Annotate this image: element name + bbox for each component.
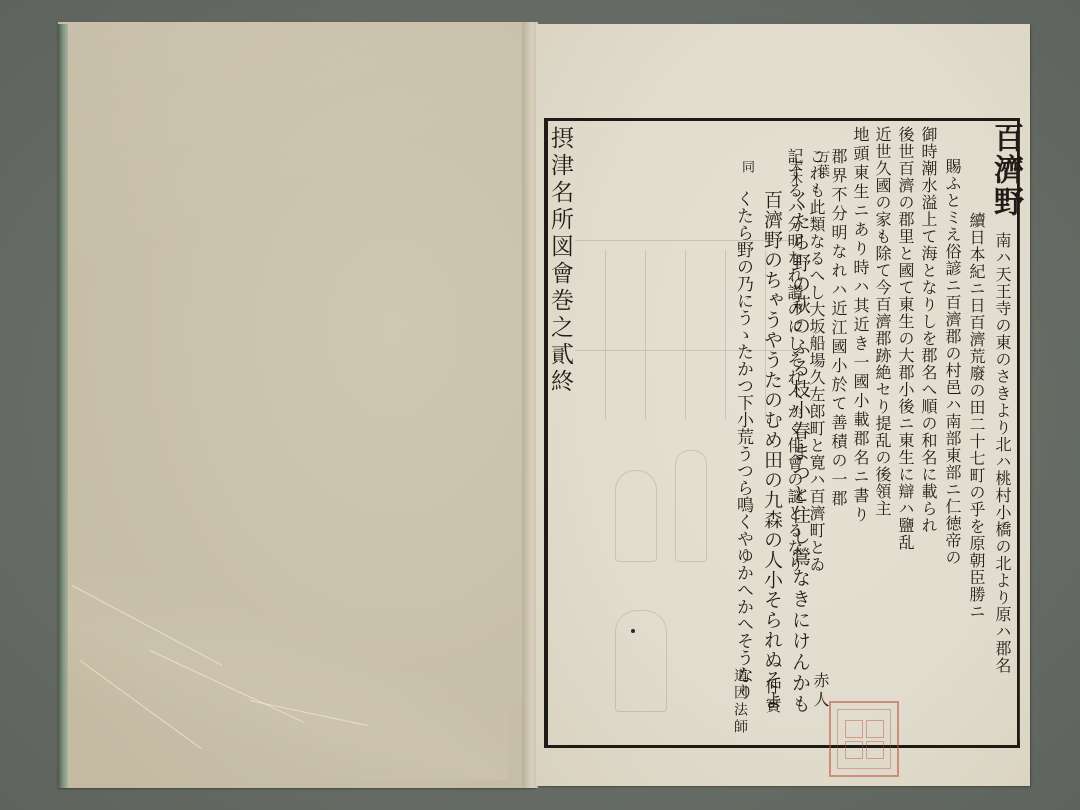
- poem-source-label: 同: [740, 160, 753, 174]
- body-text-column: 御時潮水溢上て海となりしを郡名へ順の和名に載られ: [920, 126, 936, 534]
- colophon-title: 摂津名所図會巻之貳終: [548, 126, 571, 396]
- cover-corner-fold: [68, 540, 508, 780]
- poem-text: くたら野の萩のふる枝小春まつと住し鶯なきにけんかも: [790, 190, 809, 715]
- poem-author: 赤人: [812, 672, 828, 710]
- seal-glyph: [866, 741, 884, 759]
- poem-author: 仲實: [764, 678, 780, 716]
- seal-pattern: [837, 709, 891, 769]
- body-text-column: 賜ふとミえ俗諺ニ百濟郡の村邑ハ南部東部ニ仁徳帝の: [944, 158, 960, 566]
- poem-author: 道因法師: [733, 668, 747, 736]
- body-text-column: 後世百濟の郡里と國て東生の大郡小後ニ東生に辯ハ鹽乱: [897, 126, 913, 551]
- headword-kudarano: 百濟野: [990, 122, 1020, 218]
- poem-text: 百濟野のちゃうやうたのむめ田の九森の人小そられぬそよ: [762, 190, 781, 710]
- poem-source-label: 夫木: [788, 158, 801, 186]
- ink-speck: [631, 629, 635, 633]
- red-seal-stamp: [829, 701, 899, 777]
- body-text-column: 續日本紀ニ日百濟荒廢の田二十七町の乎を原朝臣勝ニ: [968, 212, 984, 620]
- poem-text: くたら野の乃にうゝたかつ下小荒うつら鳴くやゆかへかへそうなり: [734, 190, 751, 700]
- poem-source-label: 万葉: [815, 150, 828, 178]
- seal-glyph: [866, 720, 884, 738]
- body-text-column: 近世久國の家も除て今百濟郡跡絶セり提乱の後領主: [874, 126, 890, 517]
- cover-spine-edge: [58, 24, 68, 788]
- seal-glyph: [845, 720, 863, 738]
- body-text-column: 南ハ天王寺の東のさきより北ハ桃村小橋の北より原ハ郡名: [994, 232, 1010, 674]
- seal-glyph: [845, 741, 863, 759]
- body-text-column: 郡界不分明なれハ近江國小於て善積の一郡: [830, 148, 846, 509]
- body-text-column: 地頭東生ニあり時ハ其近き一國小載郡名ニ書り: [852, 126, 868, 525]
